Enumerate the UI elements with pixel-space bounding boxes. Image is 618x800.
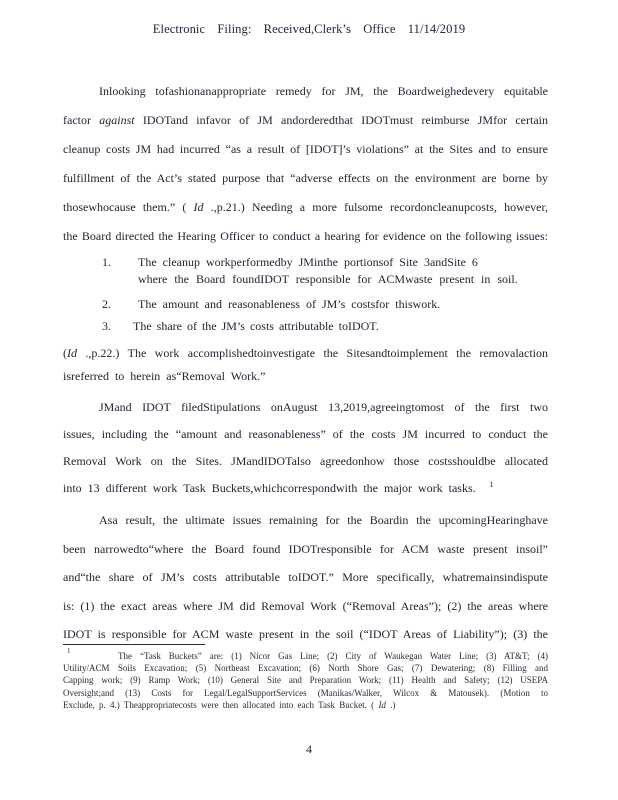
footnote-separator [63,644,205,645]
text-segment: The share of the JM’s costs attributable… [133,319,379,333]
text-segment: cleanup costs JM had incurred “as a resu… [63,142,548,156]
text-segment: Id [67,346,77,360]
text-line: and“the share of JM’s costs attributable… [63,563,548,592]
text-line: 1.The cleanup workperformedby JMinthe po… [63,254,548,271]
text-line: cleanup costs JM had incurred “as a resu… [63,135,548,164]
text-line: JMand IDOT filedStipulations onAugust 13… [63,394,548,421]
para-1: Inlooking tofashionanappropriate remedy … [63,77,548,251]
text-line: 3.The share of the JM’s costs attributab… [63,318,548,335]
text-line: 1The “Task Buckets” are: (1) Nicor Gas L… [63,650,548,662]
para-3: JMand IDOT filedStipulations onAugust 13… [63,394,548,502]
text-line: is: (1) the exact areas where JM did Rem… [63,592,548,621]
text-segment: The amount and reasonableness of JM’s co… [138,297,440,311]
text-line: (Id .,p.22.) The work accomplishedtoinve… [63,342,548,365]
text-segment: JMand IDOT filedStipulations onAugust 13… [99,400,548,414]
text-segment: issues, including the “amount and reason… [63,427,548,441]
list-item-1: 1.The cleanup workperformedby JMinthe po… [63,254,548,288]
text-line: into 13 different work Task Buckets,whic… [63,475,548,502]
text-segment: the Board directed the Hearing Officer t… [63,229,548,243]
text-segment: into 13 different work Task Buckets,whic… [63,481,476,495]
text-segment: Oversight;and (13) Costs for Legal/Legal… [63,688,548,698]
text-segment: Id [194,200,204,214]
footnote: 1The “Task Buckets” are: (1) Nicor Gas L… [63,650,548,711]
footnote-reference: 1 [490,480,494,489]
filing-header: Electronic Filing: Received,Clerk’s Offi… [0,22,618,37]
text-line: isreferred to herein as“Removal Work.” [63,365,548,388]
list-item-3: 3.The share of the JM’s costs attributab… [63,318,548,335]
text-segment: factor [63,113,99,127]
text-line: Asa result, the ultimate issues remainin… [63,506,548,535]
text-segment: The cleanup workperformedby JMinthe port… [138,255,478,269]
text-segment: against [99,113,134,127]
text-segment: Inlooking tofashionanappropriate remedy … [99,84,548,98]
text-line: been narrowedto“where the Board found ID… [63,535,548,564]
text-segment: Exclude, p. 4.) Theappropriatecosts were… [63,700,378,710]
text-segment: The “Task Buckets” are: (1) Nicor Gas Li… [118,651,548,661]
text-line: where the Board foundIDOT responsible fo… [63,271,548,288]
text-segment: Removal Work on the Sites. JMandIDOTalso… [63,454,548,468]
text-segment: and“the share of JM’s costs attributable… [63,570,548,584]
para-2: (Id .,p.22.) The work accomplishedtoinve… [63,342,548,388]
text-segment: .,p.21.) Needing a more fulsome recordon… [204,200,548,214]
text-line: Utility/ACM Soils Excavation; (5) Northe… [63,662,548,674]
text-segment: .) [386,700,396,710]
text-line: Inlooking tofashionanappropriate remedy … [63,77,548,106]
list-number: 3. [102,318,111,335]
text-segment: Id [378,700,386,710]
text-segment: thosewhocause them.” ( [63,200,194,214]
text-line: fulfillment of the Act’s stated purpose … [63,164,548,193]
text-segment: isreferred to herein as“Removal Work.” [63,369,265,383]
text-line: the Board directed the Hearing Officer t… [63,222,548,251]
text-line: factor against IDOTand infavor of JM and… [63,106,548,135]
list-number: 1. [102,254,111,271]
text-segment: Utility/ACM Soils Excavation; (5) Northe… [63,663,548,673]
list-number: 2. [102,296,111,313]
text-segment: .,p.22.) The work accomplishedtoinvestig… [77,346,548,360]
text-segment: where the Board foundIDOT responsible fo… [138,272,518,286]
text-line: Exclude, p. 4.) Theappropriatecosts were… [63,699,548,711]
text-line: 2.The amount and reasonableness of JM’s … [63,296,548,313]
text-line: issues, including the “amount and reason… [63,421,548,448]
list-item-2: 2.The amount and reasonableness of JM’s … [63,296,548,313]
text-segment: Asa result, the ultimate issues remainin… [99,513,548,527]
page-number: 4 [0,742,618,757]
text-line: Removal Work on the Sites. JMandIDOTalso… [63,448,548,475]
text-line: Oversight;and (13) Costs for Legal/Legal… [63,687,548,699]
text-segment: fulfillment of the Act’s stated purpose … [63,171,548,185]
text-line: Capping work; (9) Ramp Work; (10) Genera… [63,674,548,686]
text-line: thosewhocause them.” ( Id .,p.21.) Needi… [63,193,548,222]
text-segment: been narrowedto“where the Board found ID… [63,542,548,556]
text-segment: IDOT is responsible for ACM waste presen… [63,627,548,641]
text-segment: IDOTand infavor of JM andorderedthat IDO… [135,113,548,127]
document-page: Electronic Filing: Received,Clerk’s Offi… [0,0,618,800]
text-segment: is: (1) the exact areas where JM did Rem… [63,599,548,613]
para-4: Asa result, the ultimate issues remainin… [63,506,548,649]
text-segment: Capping work; (9) Ramp Work; (10) Genera… [63,675,548,685]
